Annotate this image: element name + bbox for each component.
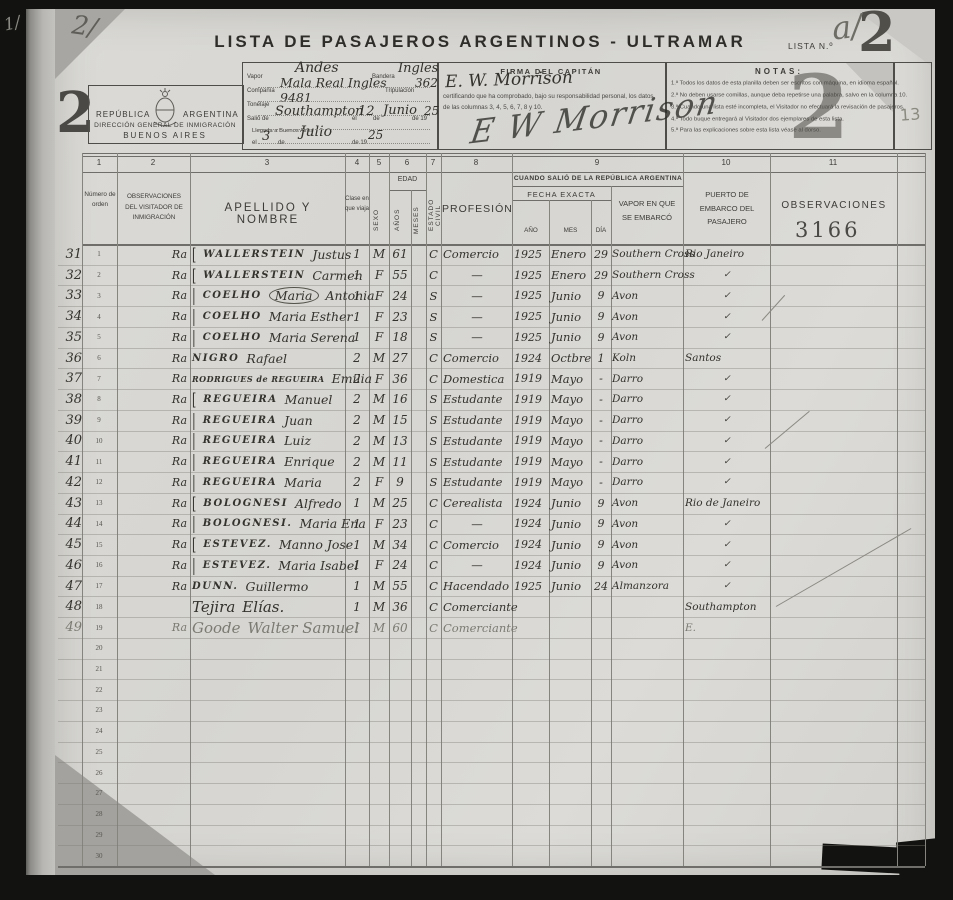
row-printed-number: 17 — [84, 576, 114, 597]
notas-list: 1.ª Todos los datos de esta planilla deb… — [671, 78, 891, 137]
embark-port: ✓ — [685, 555, 769, 576]
family-bracket: [ — [192, 493, 196, 513]
scan-border-top — [0, 0, 953, 9]
departure-month: Junio — [551, 534, 590, 555]
agency-country-right: ARGENTINA — [183, 110, 239, 119]
profession: Cerealista — [443, 493, 511, 514]
table-row: 939Ra|REGUEIRAJuan2M15SEstudante1919Mayo… — [0, 410, 953, 431]
age-years: 55 — [390, 576, 410, 597]
departure-day: - — [592, 389, 610, 410]
table-row: 24 — [0, 721, 953, 742]
row-rule — [58, 638, 925, 639]
header-apellido: APELLIDO Y NOMBRE — [192, 202, 344, 226]
age-years: 60 — [390, 617, 410, 638]
table-row: 1545Ra[ESTEVEZ.Manno Jose1M34CComercio19… — [0, 534, 953, 555]
row-seq-number: 39 — [56, 410, 82, 431]
visitor-mark: Ra — [119, 555, 190, 576]
corner-mark-far-left: 1/ — [2, 12, 22, 35]
passenger-given-name-circled: Maria — [269, 287, 319, 304]
row-printed-number: 2 — [84, 265, 114, 286]
row-printed-number: 21 — [84, 659, 114, 680]
row-seq-number: 48 — [56, 596, 82, 617]
llegada-ano-value: 25 — [368, 128, 383, 142]
column-number: 9 — [585, 158, 609, 167]
family-bracket: [ — [192, 390, 196, 410]
column-number: 8 — [464, 158, 488, 167]
civil-status: S — [427, 410, 440, 431]
row-printed-number: 18 — [84, 596, 114, 617]
table-row: 1646Ra|ESTEVEZ.Maria Isabel1F24C—1924Jun… — [0, 555, 953, 576]
row-printed-number: 7 — [84, 368, 114, 389]
row-seq-number: 35 — [56, 327, 82, 348]
departure-day: - — [592, 472, 610, 493]
row-seq-number: 36 — [56, 348, 82, 369]
row-seq-number: 31 — [56, 244, 82, 265]
passenger-name-cell: |REGUEIRAEnrique — [192, 451, 344, 472]
passenger-surname: WALLERSTEIN — [203, 249, 305, 260]
table-row: 636RaNIGRORafael2M27CComercio1924Octbre1… — [0, 348, 953, 369]
travel-class: 1 — [346, 534, 368, 555]
row-seq-number: 32 — [56, 265, 82, 286]
row-seq-number: 38 — [56, 389, 82, 410]
departure-vapor: Avon — [612, 285, 682, 306]
departure-vapor: Darro — [612, 451, 682, 472]
row-printed-number: 11 — [84, 451, 114, 472]
departure-month: Mayo — [551, 410, 590, 431]
passenger-given-name: Elías. — [242, 598, 284, 616]
profession: Hacendado — [443, 576, 511, 597]
row-printed-number: 23 — [84, 700, 114, 721]
table-row: 20 — [0, 638, 953, 659]
row-printed-number: 1 — [84, 244, 114, 265]
civil-status: C — [427, 368, 440, 389]
profession: Estudante — [443, 389, 511, 410]
passenger-surname: Tejira — [192, 598, 235, 616]
header-ano: AÑO — [514, 227, 548, 234]
family-bracket: [ — [192, 265, 196, 285]
departure-year: 1919 — [514, 410, 548, 431]
row-printed-number: 5 — [84, 327, 114, 348]
row-printed-number: 16 — [84, 555, 114, 576]
departure-year: 1925 — [514, 306, 548, 327]
age-years: 11 — [390, 451, 410, 472]
departure-year: 1924 — [514, 348, 548, 369]
observaciones-stamp: 3166 — [795, 218, 860, 242]
column-number: 1 — [87, 158, 111, 167]
travel-class: 1 — [346, 493, 368, 514]
profession: — — [443, 555, 511, 576]
header-numero: Número de orden — [84, 190, 116, 210]
family-bracket: | — [192, 328, 196, 348]
travel-class: 1 — [346, 244, 368, 265]
column-number: 10 — [714, 158, 738, 167]
civil-status: S — [427, 285, 440, 306]
family-bracket: | — [192, 452, 196, 472]
embark-port: Santos — [685, 348, 769, 369]
visitor-mark: Ra — [119, 306, 190, 327]
sex: M — [370, 596, 388, 617]
header-clase: Clase en que viaja — [344, 194, 370, 214]
passenger-surname: ESTEVEZ. — [203, 539, 272, 550]
grid-line-horizontal — [512, 200, 611, 201]
tripulacion-label: Tripulación — [385, 88, 414, 94]
header-observaciones: OBSERVACIONES — [772, 200, 896, 211]
passenger-name-cell: [WALLERSTEINCarmen — [192, 265, 344, 286]
agency-country-left: REPÚBLICA — [96, 110, 150, 119]
departure-day: 9 — [592, 534, 610, 555]
departure-day: - — [592, 410, 610, 431]
sex: M — [370, 348, 388, 369]
table-row: 22 — [0, 679, 953, 700]
civil-status: C — [427, 265, 440, 286]
column-number: 4 — [345, 158, 369, 167]
passenger-name-cell: [BOLOGNESIAlfredo — [192, 493, 344, 514]
passenger-given-name: Enrique — [284, 454, 335, 469]
profession: Domestica — [443, 368, 511, 389]
visitor-mark: Ra — [119, 534, 190, 555]
compania-label: Compañía — [247, 88, 275, 94]
civil-status: C — [427, 514, 440, 535]
passenger-name-cell: TejiraElías. — [192, 596, 344, 617]
row-printed-number: 6 — [84, 348, 114, 369]
passenger-name-cell: DUNN.Guillermo — [192, 576, 344, 597]
grid-line-horizontal — [512, 186, 683, 187]
passenger-name-cell: |COELHOMaria Esther — [192, 306, 344, 327]
departure-vapor: Avon — [612, 534, 682, 555]
passenger-given-name: Walter Samuel — [248, 619, 359, 637]
table-row: 131Ra[WALLERSTEINJustus1M61CComercio1925… — [0, 244, 953, 265]
grid-line-horizontal — [82, 156, 925, 157]
departure-vapor: Almanzora — [612, 576, 682, 597]
llegada-el-label: el — [252, 140, 257, 146]
departure-day: 9 — [592, 514, 610, 535]
departure-month: Mayo — [551, 431, 590, 452]
profession: Comerciante — [443, 596, 511, 617]
age-years: 36 — [390, 596, 410, 617]
passenger-name-cell: [REGUEIRAManuel — [192, 389, 344, 410]
passenger-surname: BOLOGNESI — [203, 498, 288, 509]
travel-class: 1 — [346, 555, 368, 576]
visitor-mark: Ra — [119, 576, 190, 597]
row-seq-number: 41 — [56, 451, 82, 472]
departure-month: Junio — [551, 493, 590, 514]
travel-class: 1 — [346, 285, 368, 306]
travel-class: 1 — [346, 265, 368, 286]
row-seq-number: 37 — [56, 368, 82, 389]
departure-day: 29 — [592, 244, 610, 265]
departure-month: Enero — [551, 265, 590, 286]
travel-class: 1 — [346, 596, 368, 617]
column-number: 6 — [395, 158, 419, 167]
table-row: 1343Ra[BOLOGNESIAlfredo1M25CCerealista19… — [0, 493, 953, 514]
travel-class: 2 — [346, 451, 368, 472]
departure-vapor: Avon — [612, 327, 682, 348]
lista-number-stamp: 2 — [858, 0, 896, 64]
page-title: LISTA DE PASAJEROS ARGENTINOS - ULTRAMAR — [170, 32, 790, 52]
departure-day: 1 — [592, 348, 610, 369]
departure-month: Junio — [551, 285, 590, 306]
sex: M — [370, 617, 388, 638]
header-edad: EDAD — [389, 176, 426, 183]
table-row: 21 — [0, 659, 953, 680]
passenger-name-cell: GoodeWalter Samuel — [192, 617, 344, 638]
departure-year: 1919 — [514, 368, 548, 389]
passenger-surname: Goode — [192, 619, 241, 637]
row-printed-number: 12 — [84, 472, 114, 493]
corner-mark-right: a/ — [830, 7, 864, 48]
age-years: 23 — [390, 514, 410, 535]
salio-de-label: de — [373, 116, 380, 122]
sex: F — [370, 285, 388, 306]
profession: — — [443, 327, 511, 348]
departure-day: 9 — [592, 327, 610, 348]
sex: M — [370, 534, 388, 555]
profession: Comercio — [443, 244, 511, 265]
age-years: 61 — [390, 244, 410, 265]
row-printed-number: 26 — [84, 762, 114, 783]
header-sexo: SEXO — [373, 198, 380, 242]
header-estado-civil: ESTADO CIVIL — [428, 188, 442, 242]
departure-vapor: Southern Cross — [612, 265, 682, 286]
embark-port: ✓ — [685, 451, 769, 472]
departure-year: 1919 — [514, 431, 548, 452]
row-rule — [58, 721, 925, 722]
passenger-surname: REGUEIRA — [203, 435, 277, 446]
departure-day: 9 — [592, 285, 610, 306]
departure-day: 24 — [592, 576, 610, 597]
passenger-given-name: Manno Jose — [279, 537, 353, 552]
travel-class: 2 — [346, 348, 368, 369]
sex: M — [370, 244, 388, 265]
table-row: 1242Ra|REGUEIRAMaria2F9SEstudante1919May… — [0, 472, 953, 493]
header-mes: MES — [551, 227, 590, 234]
age-years: 36 — [390, 368, 410, 389]
passenger-given-name: Manuel — [285, 392, 333, 407]
table-row: 27 — [0, 783, 953, 804]
sex: F — [370, 472, 388, 493]
travel-class: 2 — [346, 389, 368, 410]
passenger-given-name: Maria Esther — [269, 309, 353, 324]
sex: M — [370, 576, 388, 597]
passenger-given-name: Juan — [284, 413, 313, 428]
header-dia: DÍA — [592, 227, 610, 234]
grid-line-horizontal — [58, 867, 925, 868]
row-printed-number: 30 — [84, 845, 114, 866]
passenger-name-cell: |REGUEIRAMaria — [192, 472, 344, 493]
departure-vapor: Darro — [612, 368, 682, 389]
row-seq-number: 40 — [56, 431, 82, 452]
departure-month: Junio — [551, 514, 590, 535]
departure-vapor: Darro — [612, 472, 682, 493]
profession: — — [443, 265, 511, 286]
header-fecha-exacta: FECHA EXACTA — [513, 190, 610, 199]
departure-year: 1925 — [514, 265, 548, 286]
row-printed-number: 25 — [84, 742, 114, 763]
departure-year: 1925 — [514, 576, 548, 597]
departure-day: - — [592, 368, 610, 389]
visitor-mark: Ra — [119, 451, 190, 472]
age-years: 24 — [390, 285, 410, 306]
passenger-name-cell: |REGUEIRAJuan — [192, 410, 344, 431]
departure-month: Mayo — [551, 389, 590, 410]
passenger-surname: REGUEIRA — [203, 477, 277, 488]
departure-vapor: Avon — [612, 493, 682, 514]
passenger-surname: NIGRO — [192, 353, 239, 364]
embark-port: Rio Janeiro — [685, 244, 769, 265]
table-row: 25 — [0, 742, 953, 763]
table-row: 23 — [0, 700, 953, 721]
passenger-surname: REGUEIRA — [203, 415, 277, 426]
visitor-mark: Ra — [119, 617, 190, 638]
embark-port: ✓ — [685, 368, 769, 389]
passenger-name-cell: [WALLERSTEINJustus — [192, 244, 344, 265]
embark-port: ✓ — [685, 576, 769, 597]
passenger-name-cell: |COELHOMariaAntonia — [192, 285, 344, 306]
departure-year: 1924 — [514, 514, 548, 535]
form-dotted-line — [258, 100, 430, 102]
notas-stamp-2: 2 — [788, 55, 849, 159]
departure-month: Junio — [551, 306, 590, 327]
civil-status: C — [427, 244, 440, 265]
embark-port: ✓ — [685, 431, 769, 452]
departure-month: Mayo — [551, 368, 590, 389]
row-printed-number: 10 — [84, 431, 114, 452]
agency-ciudad: BUENOS AIRES — [92, 131, 238, 140]
row-seq-number: 45 — [56, 534, 82, 555]
passenger-name-cell: [ESTEVEZ.Manno Jose — [192, 534, 344, 555]
row-rule — [58, 845, 925, 846]
civil-status: S — [427, 472, 440, 493]
civil-status: C — [427, 555, 440, 576]
bandera-value: Ingles — [398, 61, 438, 76]
departure-month: Octbre — [551, 348, 590, 369]
travel-class: 2 — [346, 472, 368, 493]
row-seq-number: 43 — [56, 493, 82, 514]
civil-status: S — [427, 389, 440, 410]
passenger-surname: COELHO — [203, 311, 262, 322]
row-rule — [58, 679, 925, 680]
passenger-name-cell: |BOLOGNESI.Maria Ena — [192, 514, 344, 535]
visitor-mark: Ra — [119, 431, 190, 452]
row-rule — [58, 700, 925, 701]
sex: F — [370, 327, 388, 348]
profession: Comercio — [443, 534, 511, 555]
row-seq-number: 34 — [56, 306, 82, 327]
embark-port: ✓ — [685, 285, 769, 306]
travel-class: 1 — [346, 514, 368, 535]
visitor-mark: Ra — [119, 244, 190, 265]
visitor-mark: Ra — [119, 493, 190, 514]
row-rule — [58, 742, 925, 743]
row-seq-number: 47 — [56, 576, 82, 597]
agency-direccion: DIRECCIÓN GENERAL DE INMIGRACIÓN — [92, 122, 238, 129]
embark-port: ✓ — [685, 265, 769, 286]
departure-year: 1924 — [514, 555, 548, 576]
embark-port: ✓ — [685, 389, 769, 410]
profession: Comercio — [443, 348, 511, 369]
column-number: 2 — [141, 158, 165, 167]
table-row: 28 — [0, 804, 953, 825]
header-meses: MESES — [413, 198, 420, 242]
tonelaje-value: 9481 — [280, 90, 312, 105]
row-rule — [58, 825, 925, 826]
profession: — — [443, 306, 511, 327]
row-seq-number: 49 — [56, 617, 82, 638]
table-row: 232Ra[WALLERSTEINCarmen1F55C—1925Enero29… — [0, 265, 953, 286]
travel-class: 1 — [346, 306, 368, 327]
travel-class: 1 — [346, 327, 368, 348]
row-rule — [58, 783, 925, 784]
passenger-given-name: Alfredo — [295, 496, 342, 511]
passenger-name-cell: RODRIGUES de REGUEIRAEmilia — [192, 368, 344, 389]
departure-vapor: Darro — [612, 410, 682, 431]
departure-year: 1925 — [514, 285, 548, 306]
civil-status: C — [427, 576, 440, 597]
sex: M — [370, 493, 388, 514]
row-printed-number: 24 — [84, 721, 114, 742]
sex: F — [370, 306, 388, 327]
departure-month: Junio — [551, 555, 590, 576]
column-number: 5 — [367, 158, 391, 167]
visitor-mark: Ra — [119, 327, 190, 348]
embark-port: ✓ — [685, 410, 769, 431]
profession: — — [443, 285, 511, 306]
departure-year: 1919 — [514, 472, 548, 493]
sex: F — [370, 265, 388, 286]
age-years: 24 — [390, 555, 410, 576]
table-row: 1848TejiraElías.1M36CComercianteSouthamp… — [0, 596, 953, 617]
corner-mark-left: 2/ — [70, 10, 99, 43]
departure-vapor: Darro — [612, 389, 682, 410]
row-printed-number: 13 — [84, 493, 114, 514]
civil-status: S — [427, 327, 440, 348]
family-bracket: | — [192, 556, 196, 576]
table-row: 26 — [0, 762, 953, 783]
row-printed-number: 28 — [84, 804, 114, 825]
table-row: 333Ra|COELHOMariaAntonia1F24S—1925Junio9… — [0, 285, 953, 306]
passenger-surname: COELHO — [203, 290, 262, 301]
age-years: 27 — [390, 348, 410, 369]
profession: Estudante — [443, 472, 511, 493]
age-years: 13 — [390, 431, 410, 452]
family-bracket: [ — [192, 245, 196, 265]
row-printed-number: 19 — [84, 617, 114, 638]
family-bracket: | — [192, 286, 196, 306]
row-printed-number: 3 — [84, 285, 114, 306]
passenger-surname: WALLERSTEIN — [203, 270, 305, 281]
row-printed-number: 22 — [84, 679, 114, 700]
passenger-surname: RODRIGUES de REGUEIRA — [192, 374, 325, 384]
departure-day: 9 — [592, 493, 610, 514]
visitor-mark: Ra — [119, 410, 190, 431]
embark-port: E. — [685, 617, 769, 638]
scan-border-bottom — [0, 875, 953, 900]
tonelaje-label: Tonelaje — [247, 102, 269, 108]
visitor-mark: Ra — [119, 389, 190, 410]
row-seq-number: 33 — [56, 285, 82, 306]
salio-puerto-value: Southampton — [275, 104, 364, 119]
passenger-given-name: Maria Serena — [269, 330, 356, 345]
family-bracket: | — [192, 410, 196, 430]
age-years: 15 — [390, 410, 410, 431]
age-years: 34 — [390, 534, 410, 555]
header-cuando-salio: CUANDO SALIÓ DE LA REPÚBLICA ARGENTINA — [513, 175, 683, 182]
passenger-name-cell: |COELHOMaria Serena — [192, 327, 344, 348]
profession: — — [443, 514, 511, 535]
embark-port: ✓ — [685, 514, 769, 535]
table-row: 29 — [0, 825, 953, 846]
passenger-given-name: Maria — [284, 475, 322, 490]
